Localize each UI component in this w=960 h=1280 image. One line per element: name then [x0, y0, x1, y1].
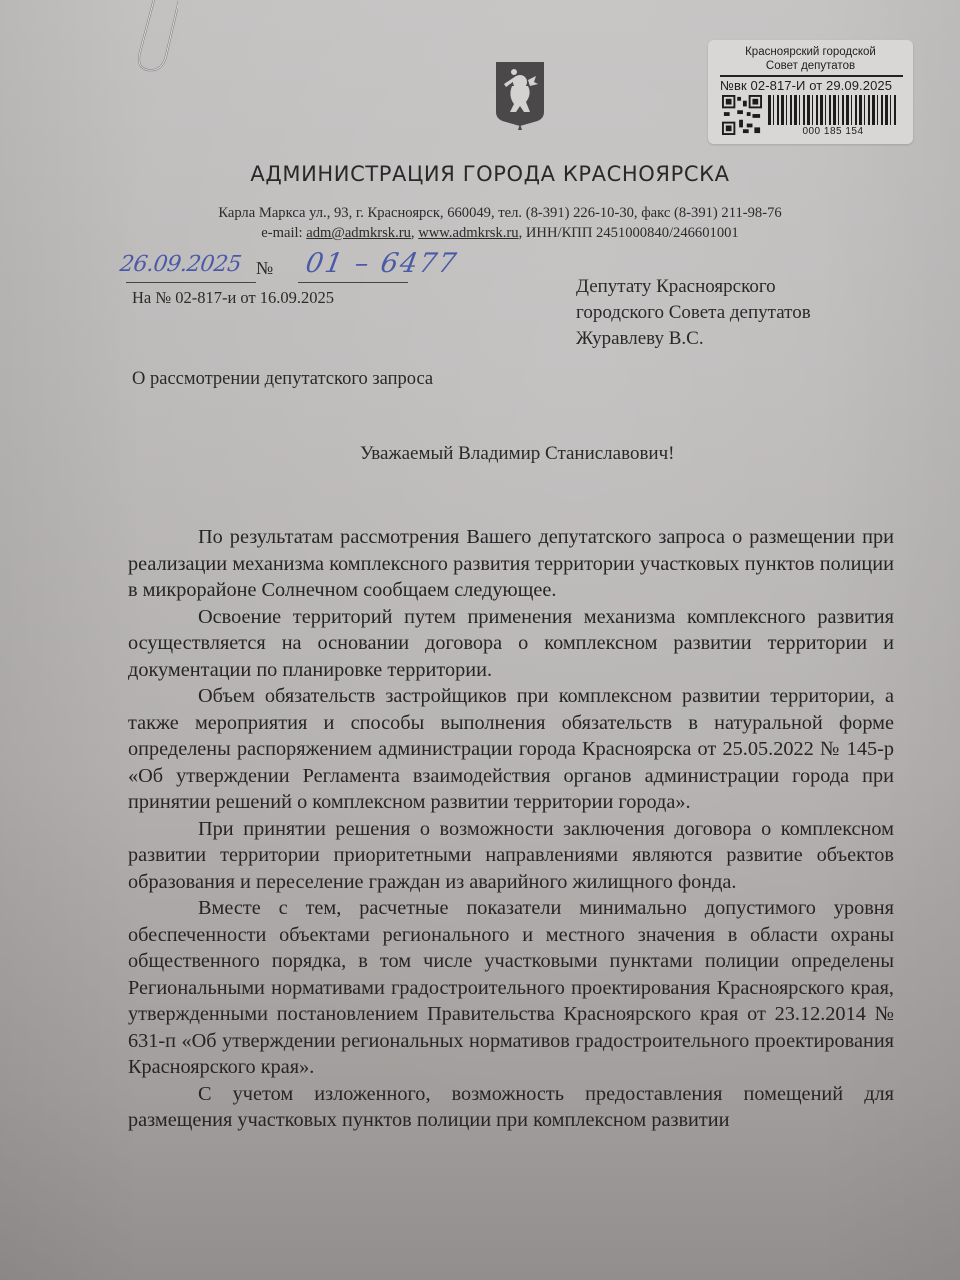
stamp-org-line2: Совет депутатов: [708, 59, 913, 73]
website-link[interactable]: www.admkrsk.ru: [418, 225, 518, 241]
addressee-line2: городского Совета депутатов: [576, 300, 811, 326]
organization-contacts: Карла Маркса ул., 93, г. Красноярск, 660…: [0, 203, 960, 243]
body-paragraph: При принятии решения о возможности заклю…: [128, 816, 894, 896]
address-line: Карла Маркса ул., 93, г. Красноярск, 660…: [40, 203, 960, 223]
handwritten-date: 26.09.2025: [118, 252, 242, 277]
stamp-organization: Красноярский городской Совет депутатов: [708, 40, 913, 73]
body-paragraph: Освоение территорий путем применения мех…: [128, 604, 894, 684]
body-paragraph: По результатам рассмотрения Вашего депут…: [128, 524, 894, 604]
date-underline: [126, 282, 256, 283]
organization-title: АДМИНИСТРАЦИЯ ГОРОДА КРАСНОЯРСКА: [0, 162, 960, 186]
stamp-org-line1: Красноярский городской: [708, 45, 913, 59]
email-label: e-mail:: [261, 225, 306, 241]
barcode-number: 000 185 154: [802, 126, 863, 137]
letter-body: По результатам рассмотрения Вашего депут…: [128, 524, 894, 1134]
body-paragraph: Объем обязательств застройщиков при комп…: [128, 683, 894, 816]
stamp-divider: [720, 75, 903, 77]
body-paragraph: С учетом изложенного, возможность предос…: [128, 1081, 894, 1134]
stamp-registration-number: №вк 02-817-И от 29.09.2025: [720, 78, 913, 93]
letter-subject: О рассмотрении депутатского запроса: [132, 369, 433, 390]
number-sign: №: [256, 258, 273, 279]
number-underline: [298, 282, 408, 283]
email-link[interactable]: adm@admkrsk.ru: [306, 225, 411, 241]
addressee-line1: Депутату Красноярского: [576, 274, 811, 300]
reply-reference: На № 02-817-и от 16.09.2025: [132, 288, 334, 308]
barcode-icon: [768, 95, 898, 125]
body-paragraph: Вместе с тем, расчетные показатели миним…: [128, 895, 894, 1081]
salutation: Уважаемый Владимир Станиславович!: [360, 443, 674, 465]
handwritten-outgoing-number: 01 – 6477: [303, 248, 460, 279]
qr-code-icon: [722, 95, 762, 135]
inn-kpp: , ИНН/КПП 2451000840/246601001: [519, 225, 739, 241]
addressee-block: Депутату Красноярского городского Совета…: [576, 274, 811, 352]
registration-stamp: Красноярский городской Совет депутатов №…: [708, 40, 913, 144]
paperclip-icon: [118, 0, 178, 80]
contact-line: e-mail: adm@admkrsk.ru, www.admkrsk.ru, …: [40, 223, 960, 243]
addressee-line3: Журавлеву В.С.: [576, 326, 811, 352]
coat-of-arms-icon: [494, 60, 546, 130]
